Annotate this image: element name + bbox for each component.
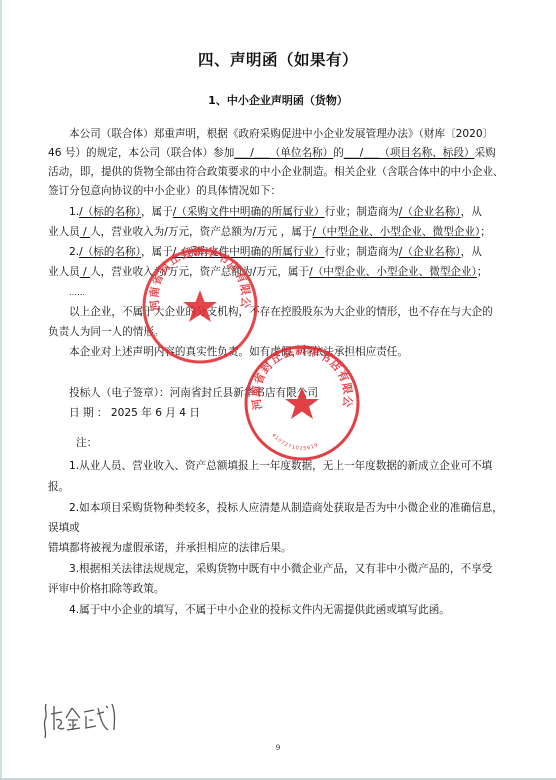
item-2-line-1: 2./（标的名称），属于/（采购文件中明确的所属行业）行业；制造商为/（企业名称… [69, 245, 539, 259]
document-page: 四、声明函（如果有） 1、中小企业声明函（货物） 本公司（联合体）郑重声明，根据… [0, 0, 556, 780]
item-2-line-2: 业人员 / 人，营业收入为/万元，资产总额为/万元，属于/（中型企业、小型企业、… [48, 265, 518, 279]
note-2-line-1: 2.如本项目采购货物种类较多，投标人应清楚从制造商处获取是否为中小微企业的准确信… [69, 501, 539, 515]
statement-1-line-2: 负责人为同一人的情形。 [48, 325, 518, 339]
intro-line-2: 46 号）的规定，本公司（联合体）参加___/___（单位名称）的___/___… [48, 146, 518, 160]
statement-2: 本企业对上述声明内容的真实性负责。如有虚假，将依法承担相应责任。 [69, 345, 539, 359]
note-3-line-1: 3.根据相关法律法规规定，采购货物中既有中小微企业产品，又有非中小微产品的，不享… [69, 562, 539, 576]
intro-line-3: 活动，即，提供的货物全部由符合政策要求的中小企业制造。相关企业（含联合体中的中小… [48, 165, 518, 179]
bidder-line: 投标人（电子签章）：河南省封丘县新华书店有限公司 [69, 386, 539, 400]
page-number: 9 [0, 744, 556, 752]
unit-name-blank: ___/___（单位名称） [234, 147, 333, 159]
note-2-line-2: 误填或 [48, 521, 518, 535]
handwritten-signature [42, 700, 122, 740]
notes-label: 注： [76, 436, 546, 450]
page-title: 四、声明函（如果有） [0, 48, 556, 70]
item-1-line-2: 业人员 / 人，营业收入为/万元，资产总额为/万元 ，属于/（中型企业、小型企业… [48, 225, 518, 239]
date-line: 日 期 ： 2025 年 6 月 4 日 [69, 406, 539, 420]
intro-line-1: 本公司（联合体）郑重声明，根据《政府采购促进中小企业发展管理办法》（财库〔202… [69, 127, 518, 141]
statement-1-line-1: 以上企业，不属于大企业的分支机构，不存在控股股东为大企业的情形，也不存在与大企的 [69, 305, 539, 319]
note-1-line-2: 报。 [48, 480, 518, 494]
note-4-line-1: 4.属于中小企业的填写，不属于中小企业的投标文件内无需提供此函或填写此函。 [69, 603, 539, 617]
note-3-line-2: 评审中价格扣除等政策。 [48, 582, 518, 596]
section-title: 1、中小企业声明函（货物） [0, 92, 556, 108]
bidder-label: 投标人（电子签章）： [69, 387, 170, 399]
item-1-line-1: 1./（标的名称），属于/（采购文件中明确的所属行业）行业；制造商为/（企业名称… [69, 205, 539, 219]
date-value: 2025 年 6 月 4 日 [111, 407, 200, 419]
bidder-name: 河南省封丘县新华书店有限公司 [170, 387, 318, 399]
ellipsis: …… [69, 286, 539, 300]
project-name-blank: ___/___（项目名称、标段） [344, 147, 475, 159]
date-label: 日 期 ： [69, 407, 108, 419]
intro-line-4: 签订分包意向协议的中小企业）的具体情况如下： [48, 184, 518, 198]
note-2-line-3: 错填都将被视为虚假承诺，并承担相应的法律后果。 [48, 541, 518, 555]
note-1-line-1: 1.从业人员、营业收入、资产总额填报上一年度数据，无上一年度数据的新成立企业可不… [69, 459, 539, 473]
